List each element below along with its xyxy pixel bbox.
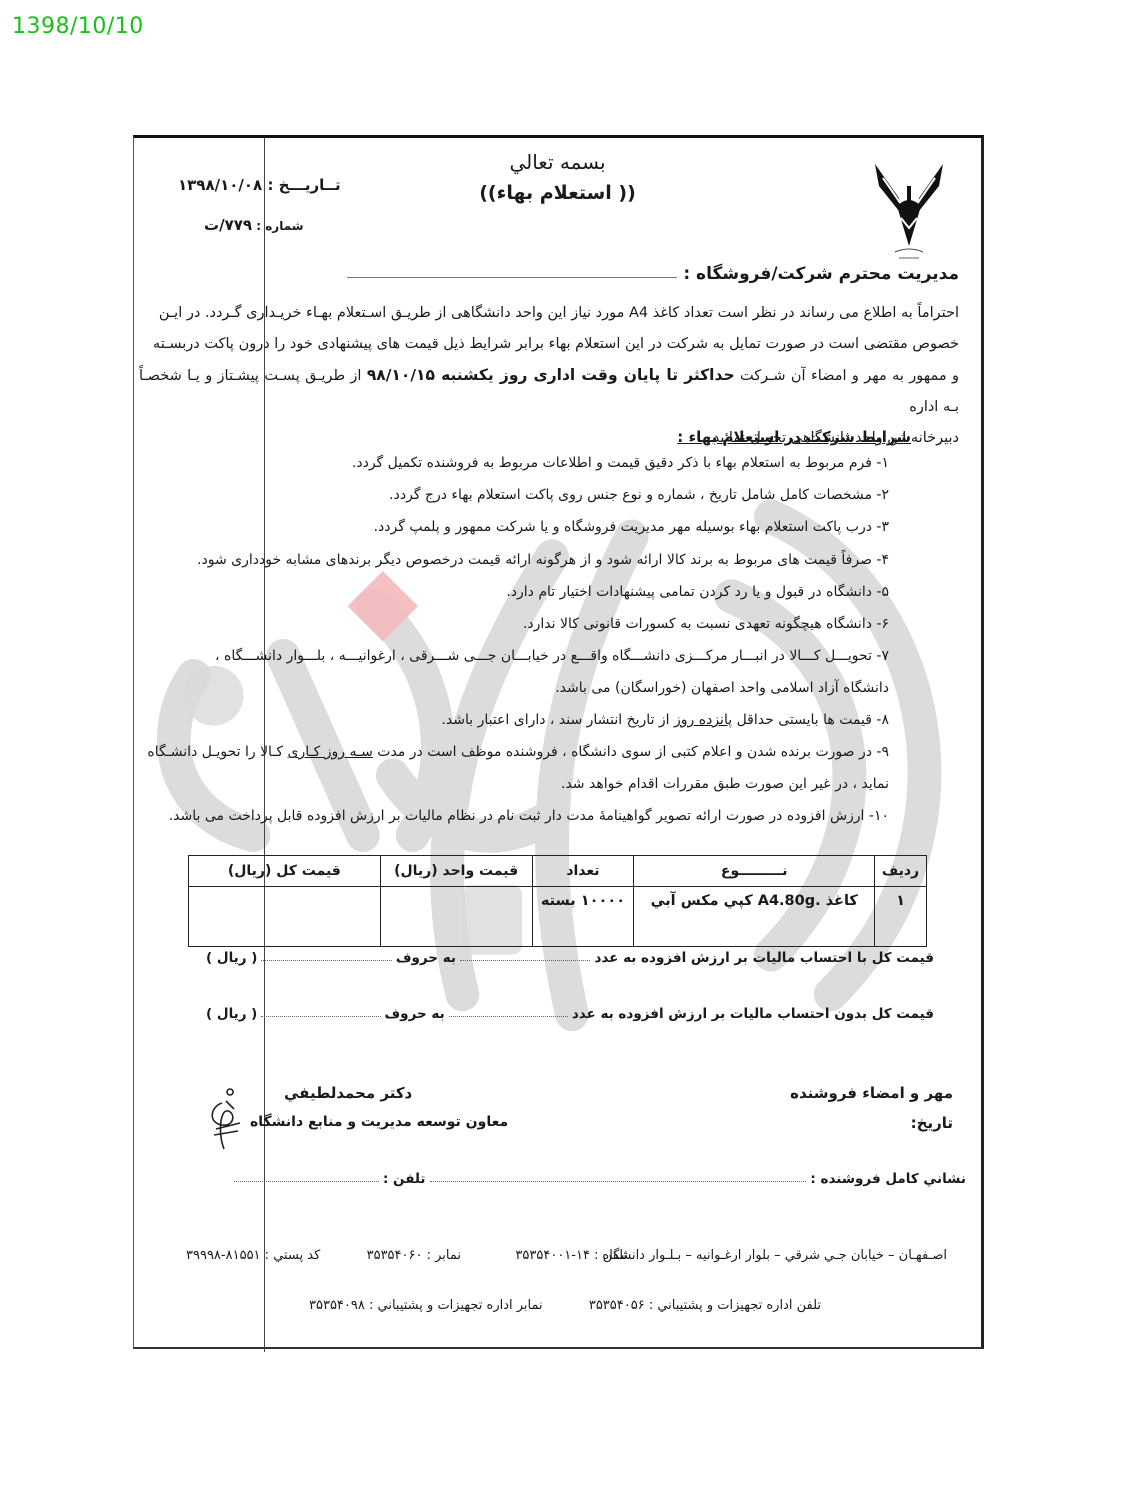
table-row: ۱ كاغذ .A4.80g كپي مكس آبي ۱۰۰۰۰ بسته [189, 887, 927, 947]
date-label: تــاريـــخ : [267, 176, 340, 194]
seller-address-label: نشاني كامل فروشنده : [810, 1171, 966, 1187]
stamp-date: 1398/10/10 [12, 14, 144, 39]
col-qty: تعداد [532, 856, 634, 887]
footer-address: اصـفهـان – خيابان جـي شرقي – بلوار ارغـو… [602, 1248, 947, 1263]
seller-phone-label: تلفن : [383, 1171, 426, 1187]
seller-seal-label: مهر و امضاء فروشنده [790, 1084, 953, 1102]
intro-line-1: احتراماً به اطلاع می رساند در نظر است تع… [139, 298, 959, 329]
seller-address-blank[interactable] [430, 1181, 807, 1182]
in-words-label: به حروف [385, 1006, 445, 1022]
condition-8-start: ۸- قیمت ها بایستی حداقل [732, 712, 889, 728]
col-row: رديف [875, 856, 927, 887]
footer-phone: تلفن : ۱۴-۳۵۳۵۴۰۰۱ [515, 1248, 627, 1263]
inquiry-document: بسمه تعالي (( استعلام بهاء)) تــاريـــخ … [133, 135, 984, 1349]
condition-9-end: کـالا را تحویـل دانشـگاه [147, 744, 287, 760]
condition-9-start: ۹- در صورت برنده شدن و اعلام کتبی از سوی… [373, 744, 889, 760]
seller-date-label: تاريخ: [911, 1114, 953, 1132]
intro-line-3: و ممهور به مهر و امضاء آن شـرکت حداکثر ت… [139, 360, 959, 423]
seller-address-line: نشاني كامل فروشنده : تلفن : [230, 1171, 966, 1187]
total-with-vat-number-blank[interactable] [460, 960, 590, 961]
condition-1: ۱- فرم مربوط به استعلام بهاء با ذکر دقیق… [352, 455, 889, 471]
cell-total-price[interactable] [189, 887, 381, 947]
intro-line-2: خصوص مقتضی است در صورت تمایل به شرکت در … [139, 329, 959, 360]
condition-6: ۶- دانشگاه هیچگونه تعهدی نسبت به کسورات … [523, 616, 889, 632]
deadline-text: حداکثر تا پایان وقت اداری روز یکشنبه ۹۸/… [367, 366, 735, 384]
cell-row: ۱ [875, 887, 927, 947]
date-value: ۱۳۹۸/۱۰/۰۸ [178, 176, 262, 194]
currency-label: ( ريال ) [206, 950, 257, 966]
footer-postal-code: كد پستي : ۸۱۵۵۱-۳۹۹۹۸ [186, 1248, 320, 1263]
col-total-price: قيمت كل (ريال) [189, 856, 381, 887]
total-with-vat-label: قيمت كل با احتساب ماليات بر ارزش افزوده … [594, 950, 934, 966]
addressee-line: مديريت محترم شركت/فروشگاه : [347, 264, 959, 284]
cell-unit-price[interactable] [380, 887, 532, 947]
total-with-vat-words-blank[interactable] [261, 960, 391, 961]
signer-name: دكتر محمدلطيفي [284, 1084, 412, 1102]
total-with-vat-line: قيمت كل با احتساب ماليات بر ارزش افزوده … [206, 950, 934, 966]
condition-9-line-2: نماید ، در غیر این صورت طبق مقررات اقدام… [561, 776, 889, 792]
items-table: رديف نـــــــــوع تعداد قيمت واحد (ريال)… [188, 855, 927, 947]
number-value: ۷۷۹/ت [204, 216, 252, 234]
condition-2: ۲- مشخصات کامل شامل تاریخ ، شماره و نوع … [389, 487, 889, 503]
condition-8-end: از تاریخ انتشار سند ، دارای اعتبار باشد. [441, 712, 674, 728]
total-without-vat-words-blank[interactable] [261, 1016, 380, 1017]
total-without-vat-label: قيمت كل بدون احتساب ماليات بر ارزش افزود… [572, 1006, 934, 1022]
condition-8-underlined: پانزده روز [674, 712, 732, 728]
invocation-text: بسمه تعالي [134, 150, 981, 174]
signer-title: معاون توسعه مديريت و منابع دانشگاه [250, 1114, 508, 1130]
table-header-row: رديف نـــــــــوع تعداد قيمت واحد (ريال)… [189, 856, 927, 887]
condition-3: ۳- درب پاکت استعلام بهاء بوسیله مهر مدیر… [374, 519, 889, 535]
addressee-blank [347, 277, 677, 278]
number-label: شماره : [256, 219, 303, 233]
footer-equipment-fax: نمابر اداره تجهيزات و پشتيباني : ۳۵۳۵۴۰۹… [309, 1298, 543, 1313]
cell-type: كاغذ .A4.80g كپي مكس آبي [634, 887, 875, 947]
total-without-vat-number-blank[interactable] [449, 1016, 568, 1017]
footer-fax: نمابر : ۳۵۳۵۴۰۶۰ [367, 1248, 461, 1263]
condition-7-line-1: ۷- تحویـــل کـــالا در انبـــار مرکـــزی… [215, 648, 889, 664]
document-number: شماره : ۷۷۹/ت [204, 216, 304, 234]
in-words-label: به حروف [396, 950, 456, 966]
total-without-vat-line: قيمت كل بدون احتساب ماليات بر ارزش افزود… [206, 1006, 934, 1022]
currency-label: ( ريال ) [206, 1006, 257, 1022]
footer-equipment-phone: تلفن اداره تجهيزات و پشتيباني : ۳۵۳۵۴۰۵۶ [589, 1298, 821, 1313]
condition-7-line-2: دانشگاه آزاد اسلامی واحد اصفهان (خوراسگا… [555, 680, 889, 696]
document-date: تــاريـــخ : ۱۳۹۸/۱۰/۰۸ [178, 176, 341, 194]
cell-qty: ۱۰۰۰۰ بسته [532, 887, 634, 947]
condition-9-underlined: سـه روز کـاری [288, 744, 373, 760]
col-type: نـــــــــوع [634, 856, 875, 887]
seller-phone-blank[interactable] [234, 1181, 379, 1182]
condition-10: ۱۰- ارزش افزوده در صورت ارائه تصویر گواه… [169, 808, 889, 824]
conditions-title: شرايط شركت در استعلام بهاء : [677, 428, 911, 446]
condition-5: ۵- دانشگاه در قبول و یا رد کردن تمامی پی… [506, 584, 889, 600]
condition-9-line-1: ۹- در صورت برنده شدن و اعلام کتبی از سوی… [147, 744, 889, 760]
intro-line-3-start: و ممهور به مهر و امضاء آن شـرکت [735, 368, 959, 384]
addressee-label: مديريت محترم شركت/فروشگاه : [683, 264, 959, 284]
signature-icon [200, 1083, 250, 1153]
condition-8: ۸- قیمت ها بایستی حداقل پانزده روز از تا… [441, 712, 889, 728]
condition-4: ۴- صرفاً قیمت های مربوط به برند کالا ارا… [197, 552, 889, 568]
col-unit-price: قيمت واحد (ريال) [380, 856, 532, 887]
